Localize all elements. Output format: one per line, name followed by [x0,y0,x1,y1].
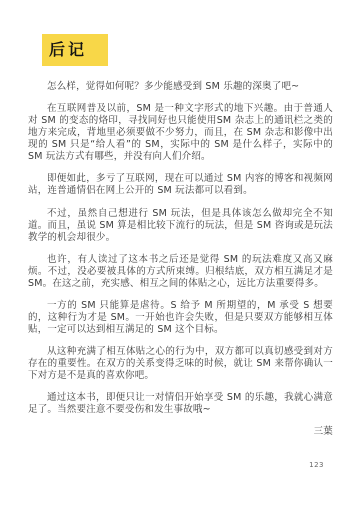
document-page: 后记 怎么样，觉得如何呢？多少能感受到 SM 乐趣的深奥了吧~ 在互联网普及以前… [0,0,360,509]
paragraph: 怎么样，觉得如何呢？多少能感受到 SM 乐趣的深奥了吧~ [28,81,333,93]
paragraph: 不过，虽然自己想进行 SM 玩法，但是具体该怎么做却完全不知道。而且，虽说 SM… [28,208,333,244]
page-number: 123 [309,461,324,469]
paragraph: 从这种充满了相互体贴之心的行为中，双方都可以真切感受到对方存在的重要性。在双方的… [28,346,333,382]
page-title: 后记 [49,40,87,59]
paragraph: 通过这本书，即便只让一对情侣开始享受 SM 的乐趣，我就心满意足了。当然要注意不… [28,392,333,416]
title-highlight: 后记 [42,34,108,66]
paragraph: 即便如此，多亏了互联网，现在可以通过 SM 内容的博客和视频网站，连普通情侣在网… [28,173,333,197]
author-signature: 三葉 [28,426,333,438]
document-body: 怎么样，觉得如何呢？多少能感受到 SM 乐趣的深奥了吧~ 在互联网普及以前，SM… [28,81,333,438]
paragraph: 一方的 SM 只能算是虐待。S 给予 M 所期望的，M 承受 S 想要的，这种行… [28,300,333,336]
paragraph: 在互联网普及以前，SM 是一种文字形式的地下兴趣。由于普通人对 SM 的变态的烙… [28,103,333,163]
title-block: 后记 [42,34,333,66]
paragraph: 也许，有人读过了这本书之后还是觉得 SM 的玩法难度又高又麻烦。不过，没必要被具… [28,254,333,290]
